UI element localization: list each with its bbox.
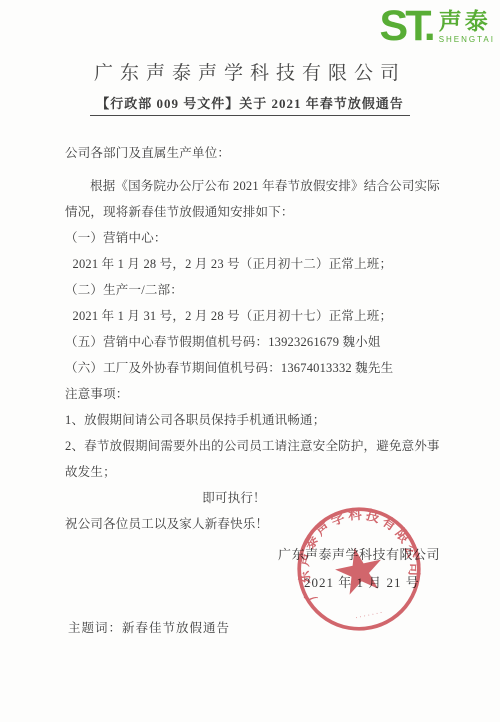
- notes-title: 注意事项：: [65, 381, 449, 407]
- execute-line: 即可执行！: [65, 485, 403, 511]
- signature-company: 广东声泰声学科技有限公司: [278, 544, 440, 563]
- intro-paragraph: 根据《国务院办公厅公布 2021 年春节放假安排》结合公司实际情况，现将新春佳节…: [65, 173, 449, 225]
- notice-body: 公司各部门及直属生产单位： 根据《国务院办公厅公布 2021 年春节放假安排》结…: [65, 140, 449, 537]
- section-2-detail: 2021 年 1 月 31 号，2 月 28 号（正月初十七）正常上班；: [65, 303, 449, 329]
- signature-date: 2021 年 1 月 21 号: [304, 572, 420, 591]
- logo-text-block: 声泰 SHENGTAI: [439, 9, 495, 44]
- document-page: ST. 声泰 SHENGTAI 广东声泰声学科技有限公司 【行政部 009 号文…: [0, 0, 500, 722]
- duty-line-marketing: （五）营销中心春节假期值机号码：13923261679 魏小姐: [65, 329, 449, 355]
- logo-english-name: SHENGTAI: [439, 35, 495, 44]
- stamp-bottom-marks: · · · · · · ·: [355, 609, 384, 623]
- page-title: 广东声泰声学科技有限公司: [0, 58, 500, 85]
- logo-chinese-name: 声泰: [439, 9, 495, 34]
- section-1-label: （一）营销中心：: [65, 225, 449, 251]
- logo-mark: ST.: [380, 6, 433, 47]
- note-item-2: 2、春节放假期间需要外出的公司员工请注意安全防护，避免意外事故发生；: [65, 433, 449, 485]
- doc-number-title: 【行政部 009 号文件】关于 2021 年春节放假通告: [90, 93, 410, 116]
- section-2-label: （二）生产一/二部：: [65, 277, 449, 303]
- section-1-detail: 2021 年 1 月 28 号，2 月 23 号（正月初十二）正常上班；: [65, 251, 449, 277]
- doc-title-row: 【行政部 009 号文件】关于 2021 年春节放假通告: [0, 93, 500, 116]
- salutation: 公司各部门及直属生产单位：: [65, 140, 449, 166]
- note-item-1: 1、放假期间请公司各职员保持手机通讯畅通；: [65, 407, 449, 433]
- company-logo: ST. 声泰 SHENGTAI: [380, 6, 495, 47]
- subject-line: 主题词：新春佳节放假通告: [68, 618, 230, 636]
- duty-line-factory: （六）工厂及外协春节期间值机号码：13674013332 魏先生: [65, 355, 449, 381]
- wish-line: 祝公司各位员工以及家人新春快乐！: [65, 511, 449, 537]
